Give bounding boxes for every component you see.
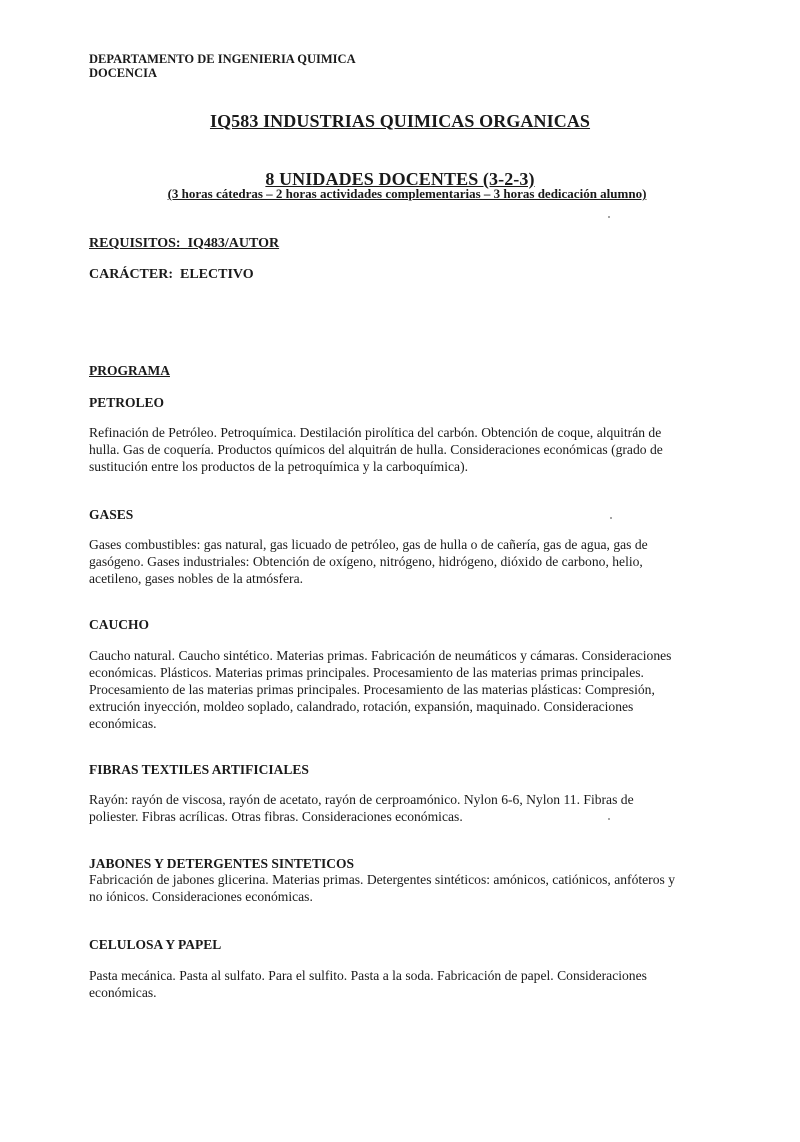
- department-unit: DOCENCIA: [89, 66, 157, 81]
- body-line: no iónicos. Consideraciones económicas.: [89, 888, 729, 905]
- scan-speck: [610, 517, 612, 519]
- program-heading: PROGRAMA: [89, 363, 170, 379]
- body-line: Pasta mecánica. Pasta al sulfato. Para e…: [89, 967, 709, 984]
- body-line: Refinación de Petróleo. Petroquímica. De…: [89, 424, 709, 441]
- body-line: acetileno, gases nobles de la atmósfera.: [89, 570, 709, 587]
- section-body-gases: Gases combustibles: gas natural, gas lic…: [89, 536, 709, 587]
- section-body-caucho: Caucho natural. Caucho sintético. Materi…: [89, 647, 729, 732]
- body-line: extrución inyección, moldeo soplado, cal…: [89, 698, 729, 715]
- body-line: económicas. Plásticos. Materias primas p…: [89, 664, 729, 681]
- section-body-petroleo: Refinación de Petróleo. Petroquímica. De…: [89, 424, 709, 475]
- section-title-petroleo: PETROLEO: [89, 395, 164, 411]
- section-body-fibras: Rayón: rayón de viscosa, rayón de acetat…: [89, 791, 709, 825]
- section-title-celulosa: CELULOSA Y PAPEL: [89, 937, 221, 953]
- body-line: sustitución entre los productos de la pe…: [89, 458, 709, 475]
- character-label: CARÁCTER:: [89, 267, 173, 282]
- body-line: poliester. Fibras acrílicas. Otras fibra…: [89, 808, 709, 825]
- body-line: Gases combustibles: gas natural, gas lic…: [89, 536, 709, 553]
- document-page: DEPARTAMENTO DE INGENIERIA QUIMICA DOCEN…: [0, 0, 800, 1142]
- body-line: Caucho natural. Caucho sintético. Materi…: [89, 647, 729, 664]
- section-title-gases: GASES: [89, 507, 133, 523]
- body-line: Procesamiento de las materias primas pri…: [89, 681, 729, 698]
- requirements-label: REQUISITOS:: [89, 236, 181, 251]
- section-body-jabones: Fabricación de jabones glicerina. Materi…: [89, 871, 729, 905]
- requirements-line: REQUISITOS: IQ483/AUTOR: [89, 235, 279, 252]
- section-body-celulosa: Pasta mecánica. Pasta al sulfato. Para e…: [89, 967, 709, 1001]
- body-line: hulla. Gas de coquería. Productos químic…: [89, 441, 709, 458]
- scan-speck: [608, 216, 610, 218]
- section-title-caucho: CAUCHO: [89, 617, 149, 633]
- character-line: CARÁCTER: ELECTIVO: [89, 266, 254, 283]
- section-title-fibras: FIBRAS TEXTILES ARTIFICIALES: [89, 762, 309, 778]
- body-line: Fabricación de jabones glicerina. Materi…: [89, 871, 729, 888]
- course-hours-breakdown: (3 horas cátedras – 2 horas actividades …: [0, 186, 800, 201]
- body-line: gasógeno. Gases industriales: Obtención …: [89, 553, 709, 570]
- body-line: Rayón: rayón de viscosa, rayón de acetat…: [89, 791, 709, 808]
- department-name: DEPARTAMENTO DE INGENIERIA QUIMICA: [89, 52, 356, 67]
- course-title: IQ583 INDUSTRIAS QUIMICAS ORGANICAS: [0, 111, 800, 131]
- body-line: económicas.: [89, 715, 729, 732]
- character-value: ELECTIVO: [180, 267, 254, 282]
- section-title-jabones: JABONES Y DETERGENTES SINTETICOS: [89, 856, 354, 872]
- requirements-value: IQ483/AUTOR: [188, 236, 280, 251]
- body-line: económicas.: [89, 984, 709, 1001]
